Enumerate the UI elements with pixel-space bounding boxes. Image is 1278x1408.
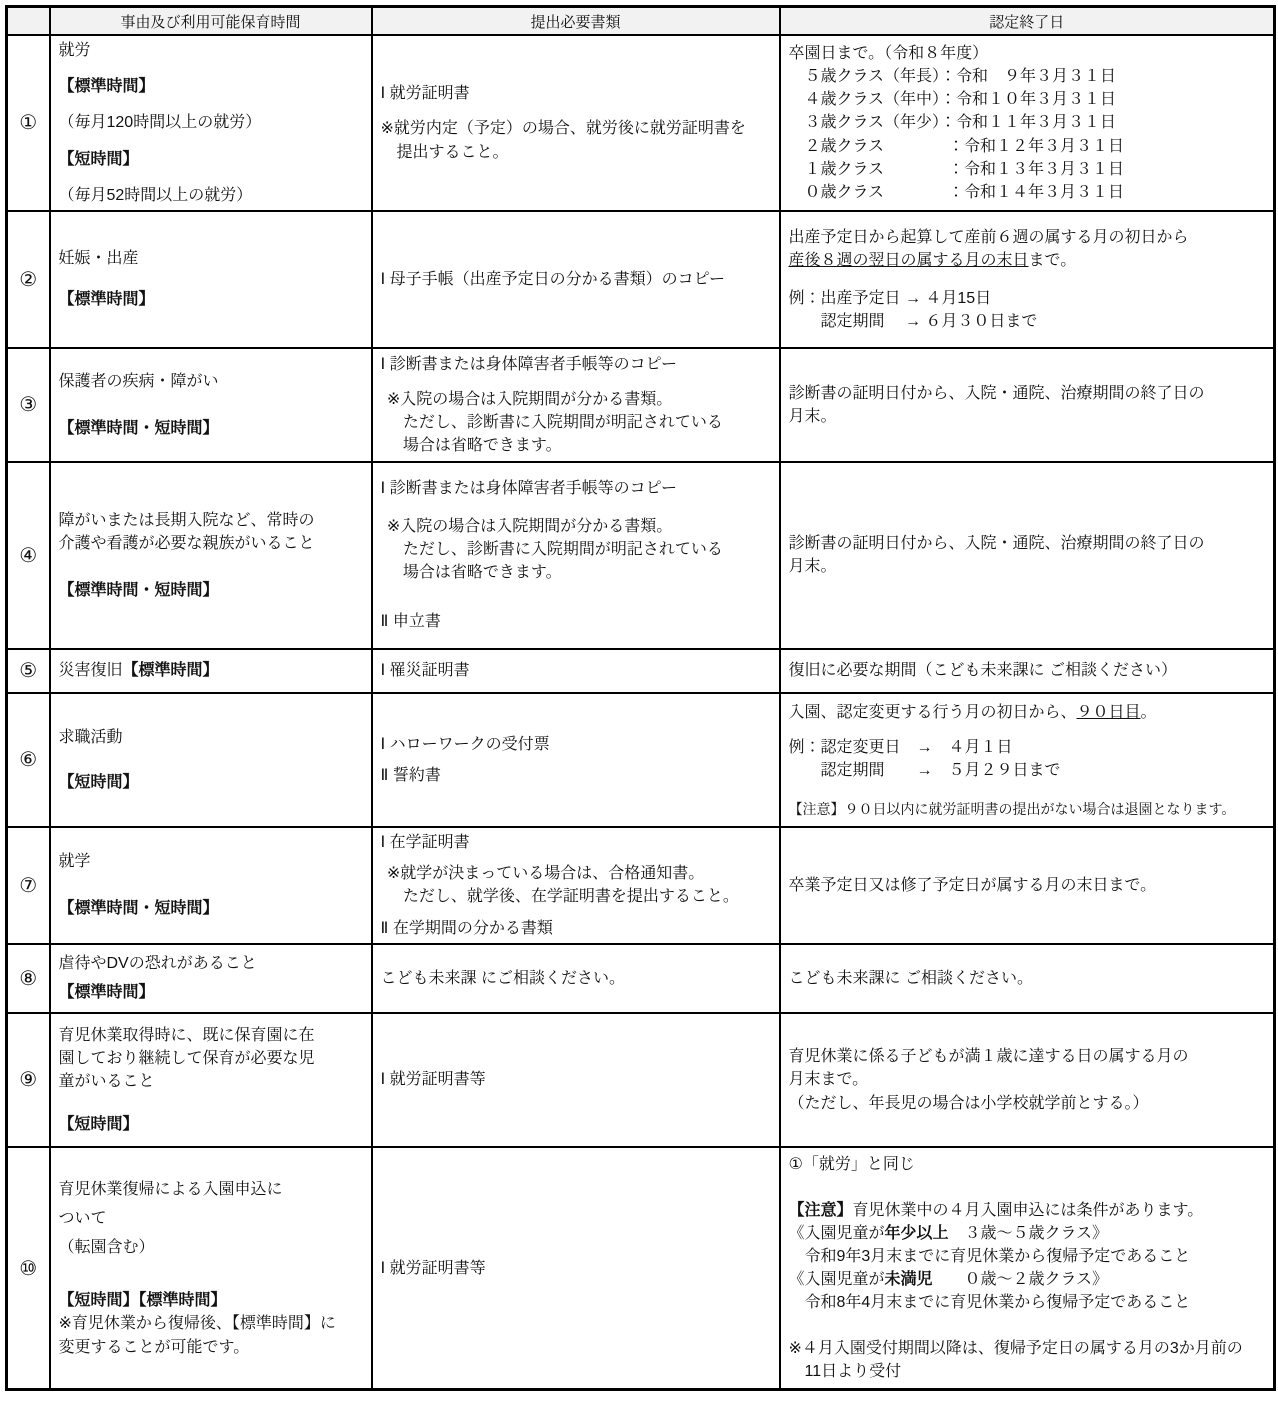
text-run: 【短時間】【標準時間】 (59, 1292, 227, 1309)
text-run: Ⅰ 母子手帳（出産予定日の分かる書類）のコピー (381, 271, 726, 288)
text-run: 【短時間】 (59, 151, 139, 168)
header-row: 事由及び利用可能保育時間 提出必要書類 認定終了日 (7, 7, 1275, 36)
text-line: ただし、診断書に入院期間が明記されている (381, 411, 771, 434)
text-line: 変更することが可能です。 (59, 1336, 363, 1359)
row-number: ① (7, 35, 50, 211)
cell-reason: 求職活動【短時間】 (50, 693, 372, 827)
table-header: 事由及び利用可能保育時間 提出必要書類 認定終了日 (7, 7, 1275, 36)
text-run: 11日より受付 (789, 1363, 902, 1380)
text-line: 虐待やDVの恐れがあること (59, 952, 363, 975)
text-run: 童がいること (59, 1073, 155, 1090)
text-line: 【標準時間・短時間】 (59, 579, 363, 602)
text-line: 災害復旧【標準時間】 (59, 659, 363, 682)
cell-documents: Ⅰ 就労証明書等 (372, 1147, 780, 1390)
text-run: Ⅰ 就労証明書等 (381, 1260, 486, 1277)
text-line: 令和9年3月末までに育児休業から復帰予定であること (789, 1245, 1266, 1268)
text-line: Ⅰ 就労証明書等 (381, 1068, 771, 1091)
text-run: 出産予定日から起算して産前６週の属する月の初日から (789, 229, 1189, 246)
text-line: 月末まで。 (789, 1068, 1266, 1091)
text-line: 【短時間】 (59, 148, 363, 171)
text-run: 診断書の証明日付から、入院・通院、治療期間の終了日の (789, 535, 1205, 552)
cell-reason: 就学【標準時間・短時間】 (50, 827, 372, 944)
text-line: 提出すること。 (381, 141, 771, 164)
header-number (7, 7, 50, 36)
row-number: ④ (7, 462, 50, 649)
cell-documents: こども未来課 にご相談ください。 (372, 944, 780, 1013)
text-line: 認定期間 → ６月３０日まで (789, 310, 1266, 333)
text-run: ４歳クラス（年中）：令和１０年３月３１日 (789, 91, 1117, 108)
text-run: 育児休業復帰による入園申込に (59, 1181, 283, 1198)
text-run: ９０日目 (1077, 704, 1141, 721)
text-run: 月末まで。 (789, 1071, 869, 1088)
text-run: 未満児 (885, 1271, 933, 1288)
text-line: 診断書の証明日付から、入院・通院、治療期間の終了日の (789, 532, 1266, 555)
text-run: 例：出産予定日 → ４月15日 (789, 290, 992, 307)
cell-end-date: 復旧に必要な期間（こども未来課に ご相談ください） (780, 649, 1275, 693)
text-run: ①「就労」と同じ (789, 1156, 915, 1173)
text-run: 妊娠・出産 (59, 250, 139, 267)
text-line: 保護者の疾病・障がい (59, 370, 363, 393)
text-line: 卒業予定日又は修了予定日が属する月の末日まで。 (789, 874, 1266, 897)
cell-documents: Ⅰ 罹災証明書 (372, 649, 780, 693)
text-line: ※就学が決まっている場合は、合格通知書。 (381, 862, 771, 885)
text-run: 【短時間】 (59, 774, 139, 791)
text-run: （毎月52時間以上の就労） (59, 187, 253, 204)
text-run: 令和9年3月末までに育児休業から復帰予定であること (789, 1248, 1191, 1265)
text-line: ただし、就学後、在学証明書を提出すること。 (381, 885, 771, 908)
cell-end-date: ①「就労」と同じ【注意】育児休業中の４月入園申込には条件があります。《入園児童が… (780, 1147, 1275, 1390)
cell-documents: Ⅰ 就労証明書等 (372, 1013, 780, 1147)
text-run: 【標準時間】 (123, 662, 219, 679)
text-run: 入園、認定変更する行う月の初日から、 (789, 704, 1077, 721)
text-line: 【短時間】 (59, 1113, 363, 1136)
text-line: Ⅱ 誓約書 (381, 764, 771, 787)
text-run: ただし、就学後、在学証明書を提出すること。 (403, 888, 739, 905)
text-run: （毎月120時間以上の就労） (59, 114, 262, 131)
text-run: 介護や看護が必要な親族がいること (59, 535, 315, 552)
text-line: ※育児休業から復帰後、【標準時間】に (59, 1312, 363, 1335)
text-run: 保護者の疾病・障がい (59, 373, 219, 390)
text-run: 【標準時間】 (59, 291, 155, 308)
text-line: （毎月52時間以上の就労） (59, 184, 363, 207)
text-run: 復旧に必要な期間（こども未来課に ご相談ください） (789, 662, 1177, 679)
text-line: 出産予定日から起算して産前６週の属する月の初日から (789, 226, 1266, 249)
cell-end-date: 診断書の証明日付から、入院・通院、治療期間の終了日の月末。 (780, 462, 1275, 649)
text-line: 場合は省略できます。 (381, 561, 771, 584)
table-row: ③保護者の疾病・障がい【標準時間・短時間】Ⅰ 診断書または身体障害者手帳等のコピ… (7, 348, 1275, 462)
row-number: ⑥ (7, 693, 50, 827)
cell-end-date: 卒業予定日又は修了予定日が属する月の末日まで。 (780, 827, 1275, 944)
text-line: 育児休業復帰による入園申込に (59, 1178, 363, 1201)
text-run: Ⅰ 就労証明書等 (381, 1071, 486, 1088)
text-run: （転園含む） (59, 1239, 155, 1256)
text-line: 【標準時間】 (59, 981, 363, 1004)
text-run: 産後８週の翌日の属する月の末日 (789, 252, 1029, 269)
text-line: 就学 (59, 850, 363, 873)
text-run: 例：認定変更日 → ４月１日 (789, 739, 1013, 756)
text-line: 【標準時間】 (59, 75, 363, 98)
text-run: 。 (1141, 704, 1157, 721)
text-line: こども未来課に ご相談ください。 (789, 967, 1266, 990)
document-table: 事由及び利用可能保育時間 提出必要書類 認定終了日 ①就労【標準時間】（毎月12… (5, 5, 1276, 1391)
text-line: 《入園児童が未満児 ０歳～２歳クラス》 (789, 1268, 1266, 1291)
text-run: 診断書の証明日付から、入院・通院、治療期間の終了日の (789, 385, 1205, 402)
text-run: 認定期間 → ５月２９日まで (789, 762, 1061, 779)
table-row: ⑥求職活動【短時間】Ⅰ ハローワークの受付票Ⅱ 誓約書入園、認定変更する行う月の… (7, 693, 1275, 827)
cell-documents: Ⅰ ハローワークの受付票Ⅱ 誓約書 (372, 693, 780, 827)
text-line: ①「就労」と同じ (789, 1153, 1266, 1176)
text-run: 月末。 (789, 408, 837, 425)
text-run: ついて (59, 1210, 107, 1227)
table-row: ④障がいまたは長期入院など、常時の介護や看護が必要な親族がいること【標準時間・短… (7, 462, 1275, 649)
cell-documents: Ⅰ 母子手帳（出産予定日の分かる書類）のコピー (372, 211, 780, 348)
row-number: ② (7, 211, 50, 348)
text-line: Ⅰ 在学証明書 (381, 831, 771, 854)
text-run: ０歳～２歳クラス》 (933, 1271, 1109, 1288)
text-run: Ⅰ 就労証明書 (381, 85, 470, 102)
text-run: 年少以上 (885, 1225, 949, 1242)
text-run: 就学 (59, 853, 91, 870)
cell-reason: 保護者の疾病・障がい【標準時間・短時間】 (50, 348, 372, 462)
text-run: 《入園児童が (789, 1225, 885, 1242)
text-line: 【注意】育児休業中の４月入園申込には条件があります。 (789, 1199, 1266, 1222)
text-run: Ⅱ 申立書 (381, 613, 441, 630)
text-run: 育児休業取得時に、既に保育園に在 (59, 1027, 315, 1044)
cell-documents: Ⅰ 在学証明書※就学が決まっている場合は、合格通知書。ただし、就学後、在学証明書… (372, 827, 780, 944)
text-run: 障がいまたは長期入院など、常時の (59, 512, 315, 529)
text-run: 園しており継続して保育が必要な児 (59, 1050, 315, 1067)
text-run: ただし、診断書に入院期間が明記されている (403, 541, 723, 558)
text-run: Ⅱ 誓約書 (381, 767, 441, 784)
text-line: Ⅰ ハローワークの受付票 (381, 733, 771, 756)
text-run: Ⅱ 在学期間の分かる書類 (381, 920, 553, 937)
text-line: １歳クラス ：令和１３年３月３１日 (789, 158, 1266, 181)
text-line: ただし、診断書に入院期間が明記されている (381, 538, 771, 561)
text-run: 【注意】 (789, 1202, 853, 1219)
text-line: 令和8年4月末までに育児休業から復帰予定であること (789, 1291, 1266, 1314)
text-line: Ⅰ 就労証明書 (381, 82, 771, 105)
text-line: ０歳クラス ：令和１４年３月３１日 (789, 181, 1266, 204)
table-row: ⑧虐待やDVの恐れがあること【標準時間】こども未来課 にご相談ください。こども未… (7, 944, 1275, 1013)
text-line: 【短時間】【標準時間】 (59, 1289, 363, 1312)
cell-end-date: こども未来課に ご相談ください。 (780, 944, 1275, 1013)
text-line: 診断書の証明日付から、入院・通院、治療期間の終了日の (789, 382, 1266, 405)
text-line: 場合は省略できます。 (381, 434, 771, 457)
table-row: ②妊娠・出産【標準時間】Ⅰ 母子手帳（出産予定日の分かる書類）のコピー出産予定日… (7, 211, 1275, 348)
text-run: 提出すること。 (397, 144, 509, 161)
cell-end-date: 育児休業に係る子どもが満１歳に達する日の属する月の月末まで。（ただし、年長児の場… (780, 1013, 1275, 1147)
text-run: Ⅰ 診断書または身体障害者手帳等のコピー (381, 480, 678, 497)
text-run: ただし、診断書に入院期間が明記されている (403, 414, 723, 431)
cell-end-date: 出産予定日から起算して産前６週の属する月の初日から産後８週の翌日の属する月の末日… (780, 211, 1275, 348)
text-run: ５歳クラス（年長）：令和 ９年３月３１日 (789, 68, 1117, 85)
header-documents: 提出必要書類 (372, 7, 780, 36)
text-run: ３歳クラス（年少）：令和１１年３月３１日 (789, 114, 1117, 131)
text-run: Ⅰ 罹災証明書 (381, 662, 470, 679)
text-run: 場合は省略できます。 (403, 437, 562, 454)
text-run: （ただし、年長児の場合は小学校就学前とする。） (789, 1095, 1149, 1112)
cell-reason: 就労【標準時間】（毎月120時間以上の就労）【短時間】（毎月52時間以上の就労） (50, 35, 372, 211)
text-line: 育児休業取得時に、既に保育園に在 (59, 1024, 363, 1047)
text-line: 【注意】９０日以内に就労証明書の提出がない場合は退園となります。 (789, 799, 1266, 819)
text-line: ※入院の場合は入院期間が分かる書類。 (381, 388, 771, 411)
text-run: 卒園日まで。（令和８年度） (789, 45, 989, 62)
text-run: 月末。 (789, 558, 837, 575)
text-run: １歳クラス ：令和１３年３月３１日 (789, 161, 1125, 178)
text-line: ※就労内定（予定）の場合、就労後に就労証明書を (381, 117, 771, 140)
cell-reason: 育児休業復帰による入園申込について（転園含む）【短時間】【標準時間】※育児休業か… (50, 1147, 372, 1390)
text-line: 育児休業に係る子どもが満１歳に達する日の属する月の (789, 1045, 1266, 1068)
text-line: Ⅰ 母子手帳（出産予定日の分かる書類）のコピー (381, 268, 771, 291)
text-line: 月末。 (789, 555, 1266, 578)
text-line: ※４月入園受付期間以降は、復帰予定日の属する月の3か月前の (789, 1337, 1266, 1360)
text-line: 産後８週の翌日の属する月の末日まで。 (789, 249, 1266, 272)
text-line: ５歳クラス（年長）：令和 ９年３月３１日 (789, 65, 1266, 88)
cell-reason: 虐待やDVの恐れがあること【標準時間】 (50, 944, 372, 1013)
text-run: 【標準時間】 (59, 984, 155, 1001)
cell-documents: Ⅰ 就労証明書※就労内定（予定）の場合、就労後に就労証明書を提出すること。 (372, 35, 780, 211)
text-run: 【標準時間】 (59, 78, 155, 95)
text-run: 育児休業中の４月入園申込には条件があります。 (853, 1202, 1204, 1219)
text-line: 障がいまたは長期入院など、常時の (59, 509, 363, 532)
text-line: 就労 (59, 39, 363, 62)
text-line: 童がいること (59, 1070, 363, 1093)
cell-reason: 育児休業取得時に、既に保育園に在園しており継続して保育が必要な児童がいること【短… (50, 1013, 372, 1147)
text-run: ２歳クラス ：令和１２年３月３１日 (789, 138, 1125, 155)
text-run: 卒業予定日又は修了予定日が属する月の末日まで。 (789, 877, 1157, 894)
text-line: 11日より受付 (789, 1360, 1266, 1383)
text-run: ※入院の場合は入院期間が分かる書類。 (387, 518, 672, 535)
row-number: ⑤ (7, 649, 50, 693)
table-row: ⑦就学【標準時間・短時間】Ⅰ 在学証明書※就学が決まっている場合は、合格通知書。… (7, 827, 1275, 944)
table-row: ①就労【標準時間】（毎月120時間以上の就労）【短時間】（毎月52時間以上の就労… (7, 35, 1275, 211)
text-line: ※入院の場合は入院期間が分かる書類。 (381, 515, 771, 538)
text-line: こども未来課 にご相談ください。 (381, 967, 771, 990)
text-line: Ⅰ 診断書または身体障害者手帳等のコピー (381, 353, 771, 376)
text-line: 月末。 (789, 405, 1266, 428)
text-line: 【短時間】 (59, 771, 363, 794)
text-run: ３歳～５歳クラス》 (949, 1225, 1109, 1242)
text-run: ０歳クラス ：令和１４年３月３１日 (789, 184, 1125, 201)
text-line: 介護や看護が必要な親族がいること (59, 532, 363, 555)
text-line: Ⅱ 在学期間の分かる書類 (381, 917, 771, 940)
text-line: 認定期間 → ５月２９日まで (789, 759, 1266, 782)
text-run: ※育児休業から復帰後、【標準時間】に (59, 1315, 336, 1332)
table-row: ⑩育児休業復帰による入園申込について（転園含む）【短時間】【標準時間】※育児休業… (7, 1147, 1275, 1390)
text-run: 【注意】９０日以内に就労証明書の提出がない場合は退園となります。 (789, 801, 1236, 817)
cell-reason: 障がいまたは長期入院など、常時の介護や看護が必要な親族がいること【標準時間・短時… (50, 462, 372, 649)
text-line: 例：出産予定日 → ４月15日 (789, 287, 1266, 310)
text-line: 【標準時間・短時間】 (59, 897, 363, 920)
cell-reason: 災害復旧【標準時間】 (50, 649, 372, 693)
text-line: （毎月120時間以上の就労） (59, 111, 363, 134)
text-line: 【標準時間】 (59, 288, 363, 311)
text-run: Ⅰ ハローワークの受付票 (381, 736, 550, 753)
text-run: ※４月入園受付期間以降は、復帰予定日の属する月の3か月前の (789, 1340, 1243, 1357)
text-run: ※就学が決まっている場合は、合格通知書。 (387, 865, 704, 882)
text-run: 【短時間】 (59, 1116, 139, 1133)
text-run: ※就労内定（予定）の場合、就労後に就労証明書を (381, 120, 746, 137)
text-run: まで。 (1029, 252, 1077, 269)
text-run: ※入院の場合は入院期間が分かる書類。 (387, 391, 672, 408)
text-line: 例：認定変更日 → ４月１日 (789, 736, 1266, 759)
text-line: （ただし、年長児の場合は小学校就学前とする。） (789, 1092, 1266, 1115)
text-run: Ⅰ 診断書または身体障害者手帳等のコピー (381, 356, 678, 373)
cell-end-date: 診断書の証明日付から、入院・通院、治療期間の終了日の月末。 (780, 348, 1275, 462)
text-run: こども未来課 にご相談ください。 (381, 970, 625, 987)
table-row: ⑨育児休業取得時に、既に保育園に在園しており継続して保育が必要な児童がいること【… (7, 1013, 1275, 1147)
text-line: 求職活動 (59, 726, 363, 749)
text-run: こども未来課に ご相談ください。 (789, 970, 1033, 987)
text-run: 認定期間 → ６月３０日まで (789, 313, 1038, 330)
text-run: 【標準時間・短時間】 (59, 900, 219, 917)
text-run: 変更することが可能です。 (59, 1339, 250, 1356)
cell-end-date: 卒園日まで。（令和８年度） ５歳クラス（年長）：令和 ９年３月３１日 ４歳クラス… (780, 35, 1275, 211)
row-number: ⑦ (7, 827, 50, 944)
text-line: 妊娠・出産 (59, 247, 363, 270)
text-line: 【標準時間・短時間】 (59, 417, 363, 440)
text-line: Ⅰ 診断書または身体障害者手帳等のコピー (381, 477, 771, 500)
text-line: 《入園児童が年少以上 ３歳～５歳クラス》 (789, 1222, 1266, 1245)
text-run: 【標準時間・短時間】 (59, 420, 219, 437)
text-run: Ⅰ 在学証明書 (381, 834, 470, 851)
text-line: Ⅱ 申立書 (381, 610, 771, 633)
text-line: 園しており継続して保育が必要な児 (59, 1047, 363, 1070)
table-body: ①就労【標準時間】（毎月120時間以上の就労）【短時間】（毎月52時間以上の就労… (7, 35, 1275, 1390)
table-row: ⑤災害復旧【標準時間】Ⅰ 罹災証明書復旧に必要な期間（こども未来課に ご相談くだ… (7, 649, 1275, 693)
text-run: 育児休業に係る子どもが満１歳に達する日の属する月の (789, 1048, 1189, 1065)
text-run: 《入園児童が (789, 1271, 885, 1288)
text-run: 就労 (59, 42, 91, 59)
text-line: ついて (59, 1207, 363, 1230)
text-run: 災害復旧 (59, 662, 123, 679)
row-number: ③ (7, 348, 50, 462)
row-number: ⑨ (7, 1013, 50, 1147)
text-line: ４歳クラス（年中）：令和１０年３月３１日 (789, 88, 1266, 111)
row-number: ⑩ (7, 1147, 50, 1390)
header-reason: 事由及び利用可能保育時間 (50, 7, 372, 36)
text-run: 求職活動 (59, 729, 123, 746)
text-run: 令和8年4月末までに育児休業から復帰予定であること (789, 1294, 1191, 1311)
cell-documents: Ⅰ 診断書または身体障害者手帳等のコピー※入院の場合は入院期間が分かる書類。ただ… (372, 348, 780, 462)
text-line: 復旧に必要な期間（こども未来課に ご相談ください） (789, 659, 1266, 682)
cell-documents: Ⅰ 診断書または身体障害者手帳等のコピー※入院の場合は入院期間が分かる書類。ただ… (372, 462, 780, 649)
cell-reason: 妊娠・出産【標準時間】 (50, 211, 372, 348)
text-line: ２歳クラス ：令和１２年３月３１日 (789, 135, 1266, 158)
text-run: 【標準時間・短時間】 (59, 582, 219, 599)
text-run: 場合は省略できます。 (403, 564, 562, 581)
text-line: 入園、認定変更する行う月の初日から、９０日目。 (789, 701, 1266, 724)
text-run: 虐待やDVの恐れがあること (59, 955, 257, 972)
row-number: ⑧ (7, 944, 50, 1013)
text-line: ３歳クラス（年少）：令和１１年３月３１日 (789, 111, 1266, 134)
text-line: （転園含む） (59, 1236, 363, 1259)
header-end-date: 認定終了日 (780, 7, 1275, 36)
text-line: 卒園日まで。（令和８年度） (789, 42, 1266, 65)
cell-end-date: 入園、認定変更する行う月の初日から、９０日目。例：認定変更日 → ４月１日 認定… (780, 693, 1275, 827)
text-line: Ⅰ 就労証明書等 (381, 1257, 771, 1280)
text-line: Ⅰ 罹災証明書 (381, 659, 771, 682)
